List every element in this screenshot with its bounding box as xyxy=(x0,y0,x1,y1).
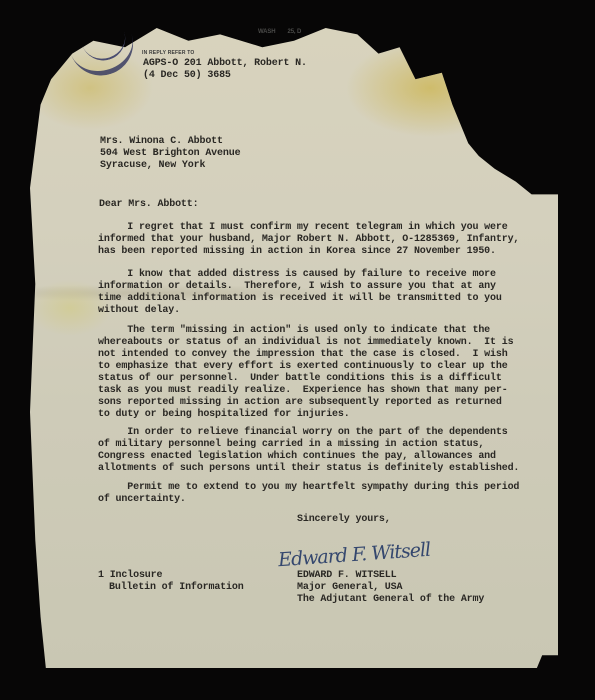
body-line: sons reported missing in action are subs… xyxy=(98,397,528,409)
body-line: has been reported missing in action in K… xyxy=(98,246,528,258)
reference-line-2: (4 Dec 50) 3685 xyxy=(143,70,231,82)
body-line: information or details. Therefore, I wis… xyxy=(98,281,528,293)
body-line: informed that your husband, Major Robert… xyxy=(98,234,528,246)
signatory-title: The Adjutant General of the Army xyxy=(297,594,484,606)
body-line: In order to relieve financial worry on t… xyxy=(98,427,528,439)
body-line: whereabouts or status of an individual i… xyxy=(98,337,528,349)
signatory-rank: Major General, USA xyxy=(297,582,402,594)
body-line: Permit me to extend to you my heartfelt … xyxy=(98,482,528,494)
body-line: status of our personnel. Under battle co… xyxy=(98,373,528,385)
body-line: of uncertainty. xyxy=(98,494,528,506)
body-line: The term "missing in action" is used onl… xyxy=(98,325,528,337)
body-line: of military personnel being carried in a… xyxy=(98,439,528,451)
body-line: I regret that I must confirm my recent t… xyxy=(98,222,528,234)
salutation: Dear Mrs. Abbott: xyxy=(99,199,198,211)
body-line: time additional information is received … xyxy=(98,293,528,305)
recipient-city: Syracuse, New York xyxy=(100,160,205,172)
body-line: without delay. xyxy=(98,305,528,317)
reference-line-1: AGPS-O 201 Abbott, Robert N. xyxy=(143,58,307,70)
closing: Sincerely yours, xyxy=(297,514,391,526)
body-line: to duty or being hospitalized for injuri… xyxy=(98,409,528,421)
body-line: to emphasize that every effort is exerte… xyxy=(98,361,528,373)
body-line: task as you must readily realize. Experi… xyxy=(98,385,528,397)
letterhead-location: WASH 25, D xyxy=(258,26,301,38)
body-line: I know that added distress is caused by … xyxy=(98,269,528,281)
body-line: Congress enacted legislation which conti… xyxy=(98,451,528,463)
body-line: allotments of such persons until their s… xyxy=(98,463,528,475)
recipient-street: 504 West Brighton Avenue xyxy=(100,148,240,160)
enclosure-count: 1 Inclosure xyxy=(98,570,162,582)
signatory-name: EDWARD F. WITSELL xyxy=(297,570,396,582)
recipient-name: Mrs. Winona C. Abbott xyxy=(100,136,223,148)
body-line: not intended to convey the impression th… xyxy=(98,349,528,361)
reply-refer-label: IN REPLY REFER TO xyxy=(142,50,195,56)
enclosure-item: Bulletin of Information xyxy=(109,582,244,594)
